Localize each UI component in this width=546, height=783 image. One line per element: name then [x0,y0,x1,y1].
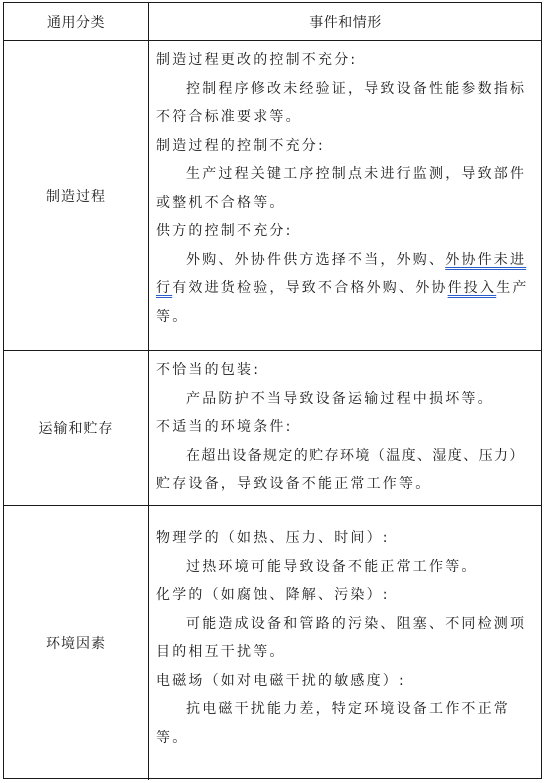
events-cell: 物理学的（如热、压力、时间）: 过热环境可能导致设备不能正常工作等。 化学的（如… [149,506,541,780]
header-row: 通用分类 事件和情形 [4,3,541,41]
classification-table: 通用分类 事件和情形 制造过程 制造过程更改的控制不充分: 控制程序修改未经验证… [3,2,542,779]
description-line: 不符合标准要求等。 [156,103,535,132]
text-segment: 外购、外协件供方选择不当，外购、 [186,252,445,268]
subheading: 不适当的环境条件: [156,413,535,442]
events-cell: 制造过程更改的控制不充分: 控制程序修改未经验证，导致设备性能参数指标 不符合标… [149,41,541,350]
grammar-mark[interactable]: 件投入 [448,280,497,296]
table-row-manufacturing: 制造过程 制造过程更改的控制不充分: 控制程序修改未经验证，导致设备性能参数指标… [4,41,541,351]
category-cell: 环境因素 [4,506,149,780]
description-line: 在超出设备规定的贮存环境（温度、湿度、压力） [156,442,535,471]
header-events: 事件和情形 [149,3,541,40]
description-line: 贮存设备，导致设备不能正常工作等。 [156,470,535,499]
description-line: 产品防护不当导致设备运输过程中损坏等。 [156,385,535,414]
text-segment: 生产 [496,280,528,296]
description-line: 等。 [156,724,535,753]
description-line: 可能造成设备和管路的污染、阻塞、不同检测项 [156,610,535,639]
subheading: 制造过程更改的控制不充分: [156,46,535,75]
description-line: 目的相互干扰等。 [156,638,535,667]
category-cell: 制造过程 [4,41,149,350]
subheading: 制造过程的控制不充分: [156,132,535,161]
table-row-environment: 环境因素 物理学的（如热、压力、时间）: 过热环境可能导致设备不能正常工作等。 … [4,506,541,780]
subheading: 不恰当的包装: [156,356,535,385]
subheading: 化学的（如腐蚀、降解、污染）: [156,581,535,610]
grammar-mark[interactable]: 外协件未进 [445,252,526,268]
description-line: 或整机不合格等。 [156,189,535,218]
description-line: 生产过程关键工序控制点未进行监测，导致部件 [156,160,535,189]
description-line: 抗电磁干扰能力差，特定环境设备工作不正常 [156,695,535,724]
grammar-mark[interactable]: 行 [156,280,172,296]
subheading: 电磁场（如对电磁干扰的敏感度）: [156,667,535,696]
description-line: 过热环境可能导致设备不能正常工作等。 [156,553,535,582]
description-line: 等。 [156,303,535,332]
subheading: 供方的控制不充分: [156,217,535,246]
category-cell: 运输和贮存 [4,351,149,505]
events-cell: 不恰当的包装: 产品防护不当导致设备运输过程中损坏等。 不适当的环境条件: 在超… [149,351,541,505]
subheading: 物理学的（如热、压力、时间）: [156,524,535,553]
description-line: 控制程序修改未经验证，导致设备性能参数指标 [156,75,535,104]
description-line: 行有效进货检验，导致不合格外购、外协件投入生产 [156,274,535,303]
table-row-transport-storage: 运输和贮存 不恰当的包装: 产品防护不当导致设备运输过程中损坏等。 不适当的环境… [4,351,541,506]
text-segment: 有效进货检验，导致不合格外购、外协 [172,280,447,296]
description-line: 外购、外协件供方选择不当，外购、外协件未进 [156,246,535,275]
header-category: 通用分类 [4,3,149,40]
